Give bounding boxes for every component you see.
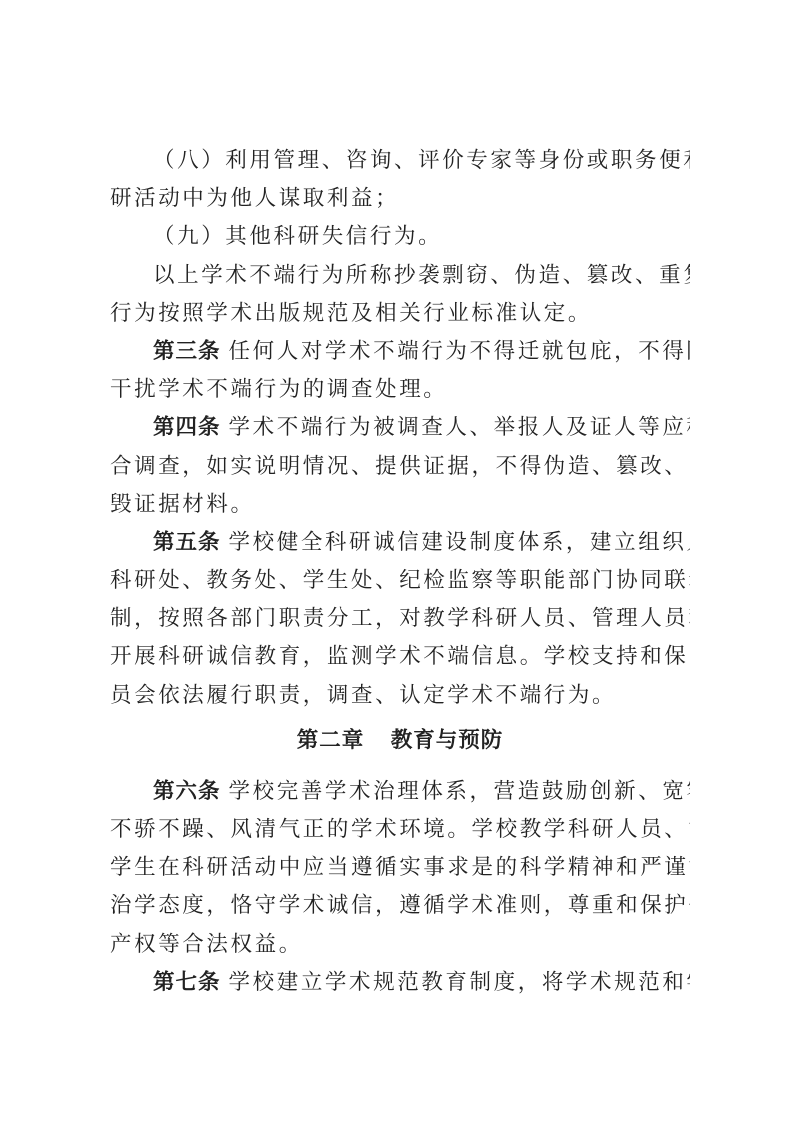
text-line: 治学态度，恪守学术诚信，遵循学术准则，尊重和保护他人知识 <box>110 887 690 925</box>
text-line: 员会依法履行职责，调查、认定学术不端行为。 <box>110 677 690 715</box>
article-text: 学校完善学术治理体系，营造鼓励创新、宽容失败、 <box>229 779 690 804</box>
article-paragraph-line: 第七条学校建立学术规范教育制度，将学术规范和学术诚 <box>110 964 690 1002</box>
text-line: （八）利用管理、咨询、评价专家等身份或职务便利，在科 <box>110 142 690 180</box>
text-line: 科研处、教务处、学生处、纪检监察等职能部门协同联动工作机 <box>110 562 690 600</box>
article-label: 第四条 <box>153 415 221 440</box>
text-line: （九）其他科研失信行为。 <box>110 218 690 256</box>
text-line: 开展科研诚信教育，监测学术不端信息。学校支持和保障学术委 <box>110 638 690 676</box>
article-paragraph-line: 第四条学术不端行为被调查人、举报人及证人等应积极配 <box>110 409 690 447</box>
article-text: 学术不端行为被调查人、举报人及证人等应积极配 <box>229 415 690 440</box>
article-label: 第七条 <box>153 970 221 995</box>
article-label: 第三条 <box>153 339 221 364</box>
text-line: 学生在科研活动中应当遵循实事求是的科学精神和严谨认真的 <box>110 849 690 887</box>
text-line: 研活动中为他人谋取利益； <box>110 180 690 218</box>
text-line: 行为按照学术出版规范及相关行业标准认定。 <box>110 295 690 333</box>
text-line: 合调查，如实说明情况、提供证据，不得伪造、篡改、隐匿、销 <box>110 448 690 486</box>
article-label: 第六条 <box>153 779 221 804</box>
text-line: 干扰学术不端行为的调查处理。 <box>110 371 690 409</box>
text-line: 产权等合法权益。 <box>110 926 690 964</box>
text-line: 制，按照各部门职责分工，对教学科研人员、管理人员和学生等 <box>110 600 690 638</box>
article-paragraph-line: 第三条任何人对学术不端行为不得迁就包庇，不得阻挠、 <box>110 333 690 371</box>
article-paragraph-line: 第五条学校健全科研诚信建设制度体系，建立组织人事、 <box>110 524 690 562</box>
chapter-heading: 第二章 教育与预防 <box>110 721 690 773</box>
article-paragraph-line: 第六条学校完善学术治理体系，营造鼓励创新、宽容失败、 <box>110 773 690 811</box>
text-line: 不骄不躁、风清气正的学术环境。学校教学科研人员、管理人员、 <box>110 811 690 849</box>
article-text: 学校健全科研诚信建设制度体系，建立组织人事、 <box>229 530 690 555</box>
text-line: 毁证据材料。 <box>110 486 690 524</box>
article-label: 第五条 <box>153 530 221 555</box>
text-line: 以上学术不端行为所称抄袭剽窃、伪造、篡改、重复发表等 <box>110 257 690 295</box>
document-page: （八）利用管理、咨询、评价专家等身份或职务便利，在科研活动中为他人谋取利益；（九… <box>110 142 690 1002</box>
article-text: 任何人对学术不端行为不得迁就包庇，不得阻挠、 <box>229 339 690 364</box>
article-text: 学校建立学术规范教育制度，将学术规范和学术诚 <box>229 970 690 995</box>
